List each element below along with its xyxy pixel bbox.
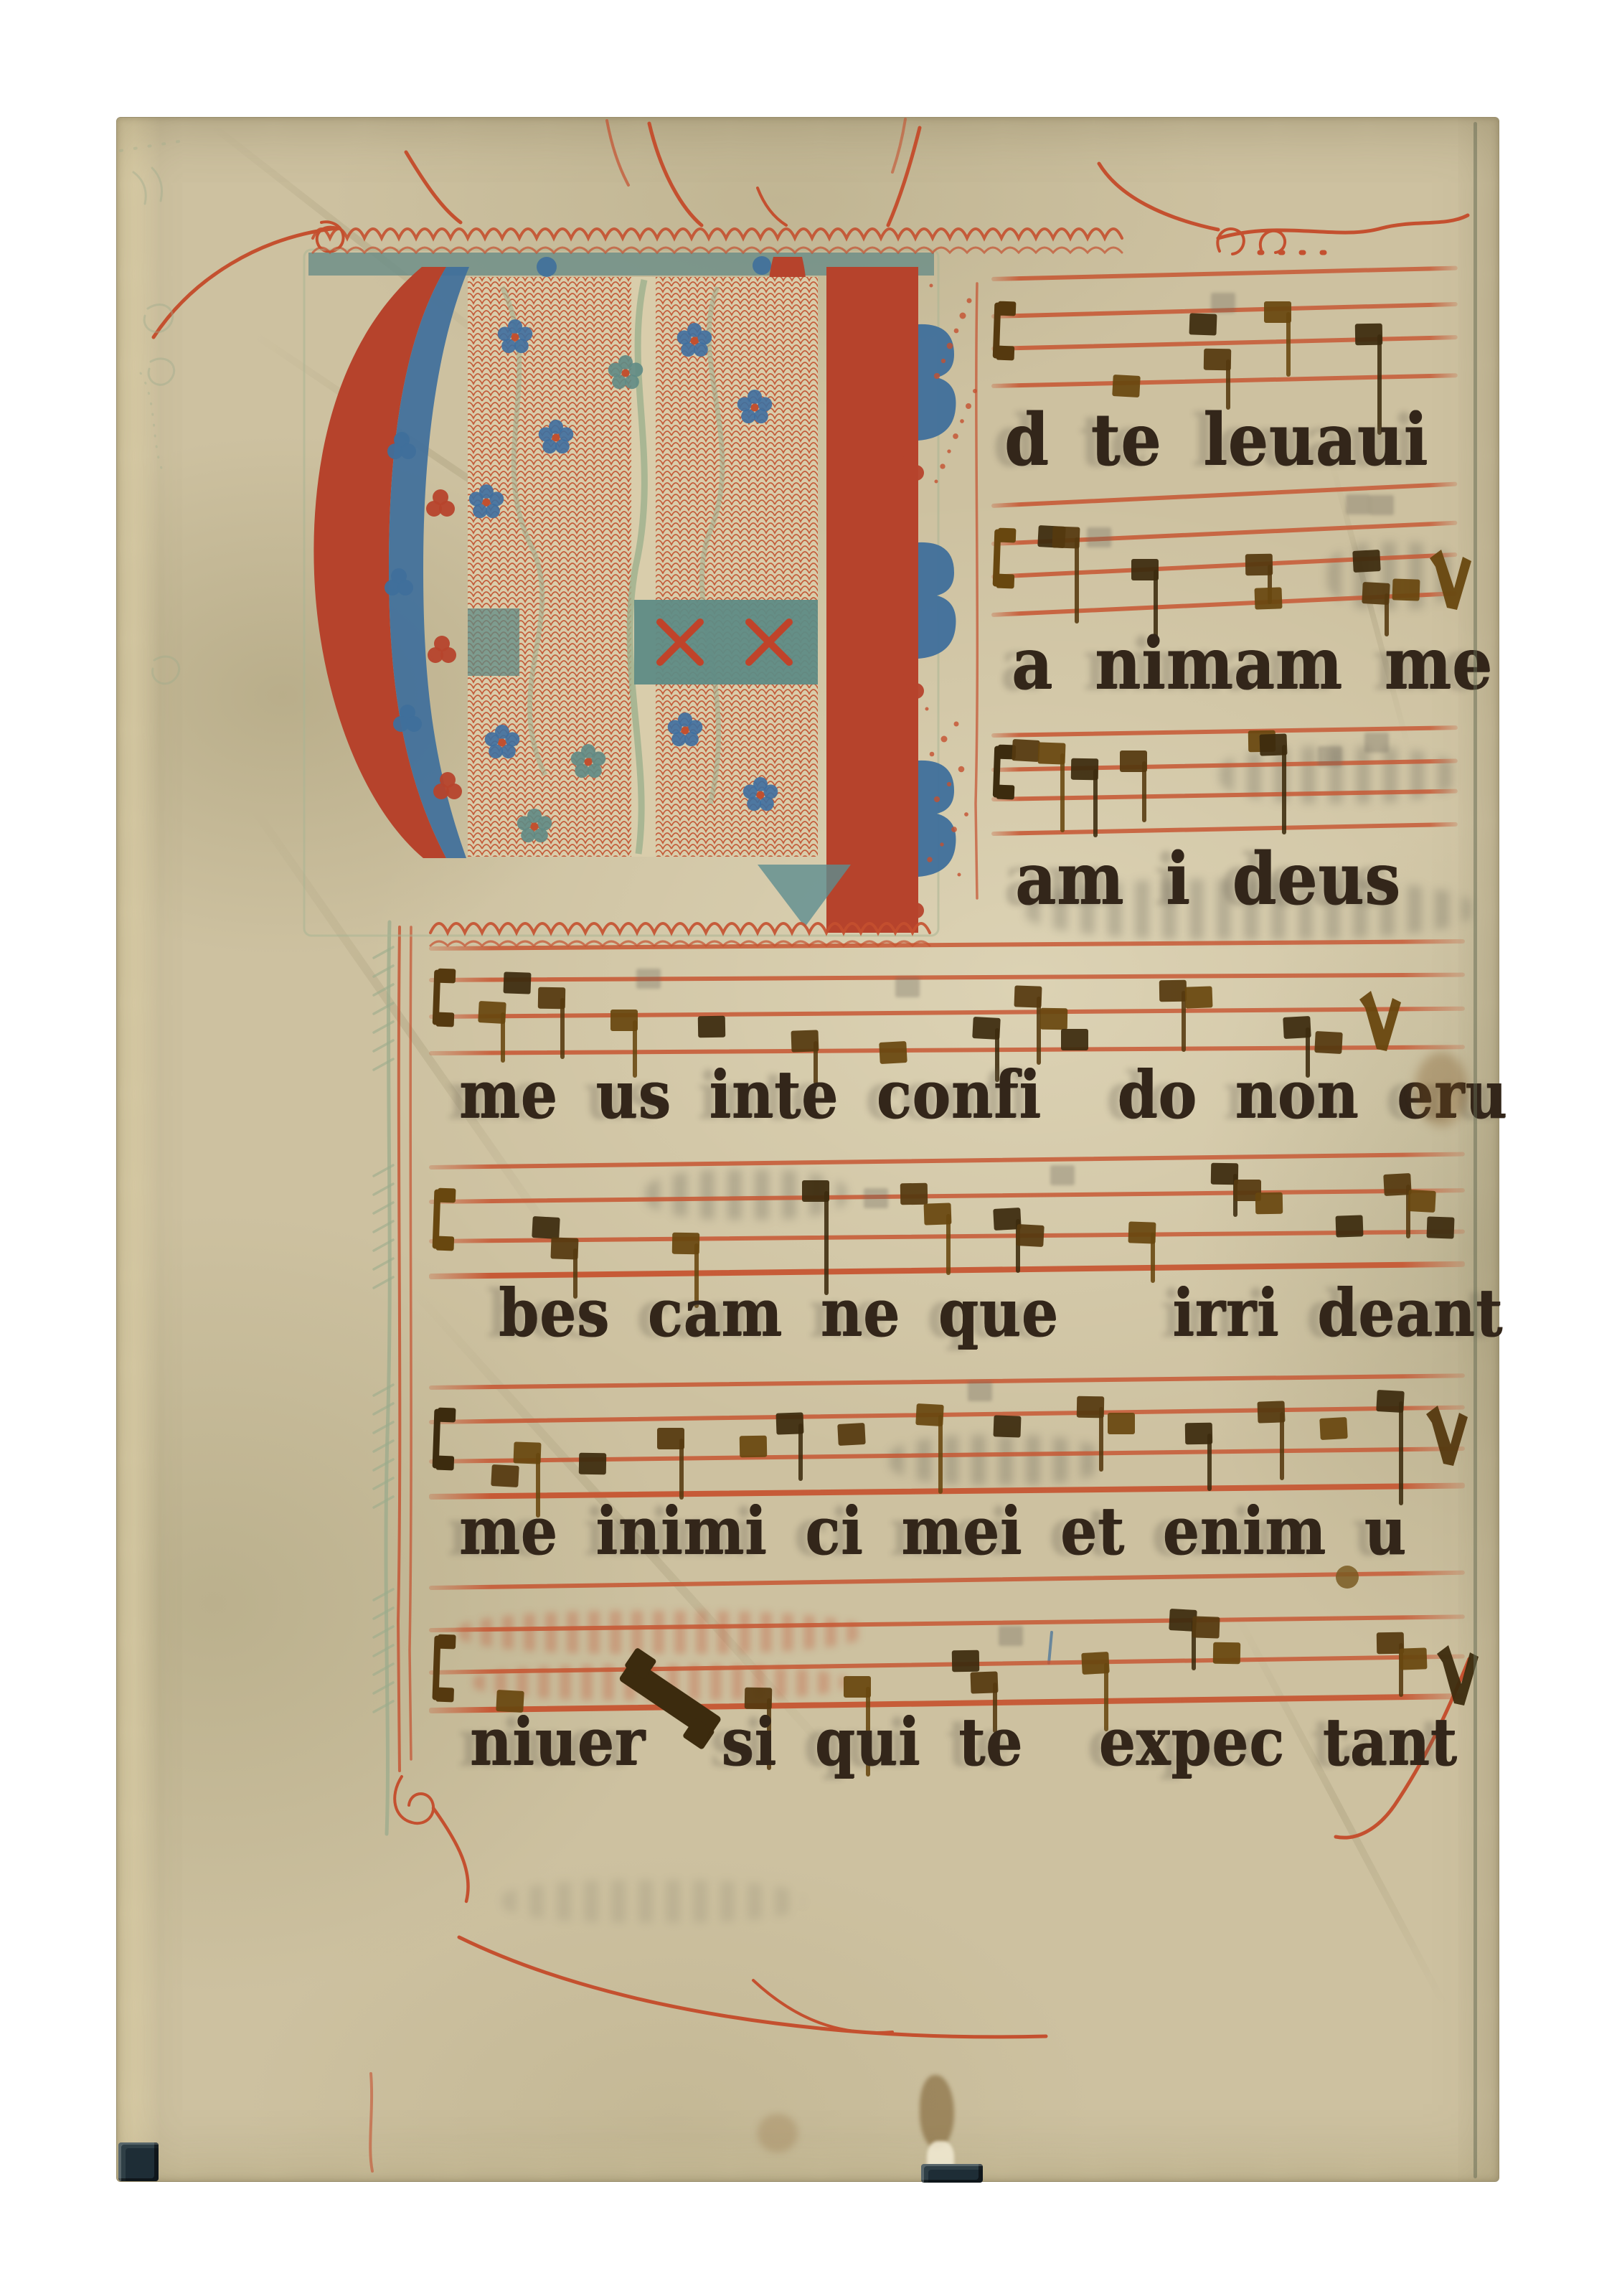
stain (920, 2075, 954, 2148)
show-through-red-ghost (459, 1611, 861, 1654)
show-through-red-ghost (473, 1665, 847, 1700)
show-through-ghost (1026, 879, 1471, 940)
show-through-ghost (1220, 746, 1456, 804)
edge-fragment (118, 2142, 159, 2181)
show-through-ghost (502, 1880, 803, 1923)
stain (758, 2114, 798, 2152)
show-through-ghost (646, 1170, 847, 1220)
page-fold-line (1474, 122, 1477, 2178)
screenshot-root: { "initial": { "letter": "A" }, "colors"… (0, 0, 1622, 2296)
show-through-ghost (890, 1435, 1105, 1485)
stain (1415, 1052, 1468, 1126)
show-through-ghost (1327, 542, 1456, 610)
manuscript-page (116, 117, 1499, 2182)
edge-fragment (921, 2164, 983, 2183)
